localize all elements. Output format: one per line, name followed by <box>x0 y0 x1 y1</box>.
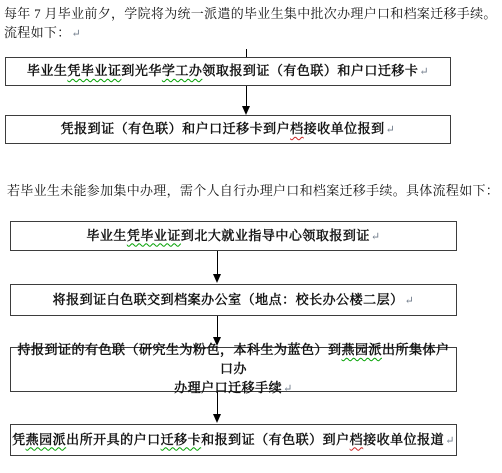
return-mark: ↵ <box>371 231 381 243</box>
text-segment-green-squiggle: 燕园派 <box>341 342 382 357</box>
step-text: 凭燕园派出所开具的户口迁移卡和报到证（有色联）到户档接收单位报道↵ <box>12 430 455 451</box>
step-text: 毕业生凭毕业证到光华学工办领取报到证（有色联）和户口迁移卡↵ <box>27 61 429 82</box>
step-text: 将报到证白色联交到档案办公室（地点：校长办公楼二层）↵ <box>53 290 415 311</box>
down-arrow-connector <box>217 251 218 275</box>
text-segment: 凭 <box>12 432 26 447</box>
text-segment: 领取报到证（有色联）和户口迁移卡 <box>202 63 418 78</box>
text-segment: 和报到证（有色联）到户 <box>201 432 350 447</box>
flow-step-police-station: 持报到证的有色联（研究生为粉色，本科生为蓝色）到燕园派出所集体户口办 办理户口迁… <box>10 347 457 392</box>
return-mark: ↵ <box>419 66 429 78</box>
text-segment: 凭报到证（有色联）和户口迁移卡到户 <box>61 121 291 136</box>
intro-line-2: 流程如下：↵ <box>4 23 497 44</box>
step-text-line-2: 办理户口迁移手续↵ <box>174 378 293 399</box>
word-document-page: 每年 7 月毕业前夕，学院将为统一派遣的毕业生集中批次办理户口和档案迁移手续。 … <box>0 0 502 473</box>
intro-line-1: 每年 7 月毕业前夕，学院将为统一派遣的毕业生集中批次办理户口和档案迁移手续。 <box>4 4 497 23</box>
flow-step-collect-certificates: 毕业生凭毕业证到光华学工办领取报到证（有色联）和户口迁移卡↵ <box>5 57 451 86</box>
return-mark: ↵ <box>386 124 396 136</box>
intro-paragraph: 每年 7 月毕业前夕，学院将为统一派遣的毕业生集中批次办理户口和档案迁移手续。 … <box>4 4 497 44</box>
down-arrow-connector <box>217 316 218 338</box>
step-text-line-1: 持报到证的有色联（研究生为粉色，本科生为蓝色）到燕园派出所集体户口办 <box>11 340 456 378</box>
return-mark: ↵ <box>283 383 293 395</box>
down-arrowhead-icon <box>213 274 221 283</box>
interlude-text: 若毕业生未能参加集中办理，需个人自行办理户口和档案迁移手续。具体流程如下： <box>7 183 499 198</box>
return-mark: ↵ <box>405 295 415 307</box>
return-mark: ↵ <box>445 435 455 447</box>
text-segment-green-squiggle: 凭毕业证 <box>127 228 181 243</box>
down-arrow-connector <box>246 86 247 107</box>
text-segment: 接收单位报到 <box>304 121 385 136</box>
text-segment-red-squiggle: 档 <box>350 432 364 447</box>
step-text: 毕业生凭毕业证到北大就业指导中心领取报到证↵ <box>86 226 380 247</box>
down-arrowhead-icon <box>242 106 250 115</box>
text-segment-green-squiggle: 凭毕业证 <box>67 63 121 78</box>
down-arrowhead-icon <box>213 414 221 423</box>
flow-step-final-report: 凭燕园派出所开具的户口迁移卡和报到证（有色联）到户档接收单位报道↵ <box>10 424 457 456</box>
interlude-line-1: 若毕业生未能参加集中办理，需个人自行办理户口和档案迁移手续。具体流程如下：↵ <box>7 181 502 202</box>
text-segment-green-squiggle: 学工办 <box>162 63 203 78</box>
text-segment: 出所开具的户口 <box>66 432 161 447</box>
down-arrow-connector <box>217 392 218 415</box>
text-segment: 接收单位报道 <box>363 432 444 447</box>
flow-step-get-registration-card: 毕业生凭毕业证到北大就业指导中心领取报到证↵ <box>10 221 457 251</box>
text-segment: 办理户口迁移手续 <box>174 380 282 395</box>
text-segment-red-squiggle: 档 <box>290 121 304 136</box>
text-segment: 毕业生 <box>86 228 127 243</box>
text-segment: 毕业生 <box>27 63 68 78</box>
interlude-paragraph: 若毕业生未能参加集中办理，需个人自行办理户口和档案迁移手续。具体流程如下：↵ <box>7 181 502 202</box>
flow-step-report-to-unit: 凭报到证（有色联）和户口迁移卡到户档接收单位报到↵ <box>5 115 451 144</box>
text-segment-green-squiggle: 迁移卡 <box>161 432 202 447</box>
text-segment: 将报到证白色联交到档案办公室（地点：校长办公楼二层） <box>53 292 404 307</box>
text-segment: 到北大就业指导中心领取报到证 <box>181 228 370 243</box>
text-segment: 到光华 <box>121 63 162 78</box>
text-segment: 持报到证的有色联（研究生为粉色，本科生为蓝色）到 <box>17 342 341 357</box>
flow-step-submit-white-copy: 将报到证白色联交到档案办公室（地点：校长办公楼二层）↵ <box>10 284 457 316</box>
step-text: 凭报到证（有色联）和户口迁移卡到户档接收单位报到↵ <box>61 119 396 140</box>
return-mark: ↵ <box>72 28 82 40</box>
text-segment-green-squiggle: 燕园派 <box>26 432 67 447</box>
intro-line-2-text: 流程如下： <box>4 25 71 40</box>
